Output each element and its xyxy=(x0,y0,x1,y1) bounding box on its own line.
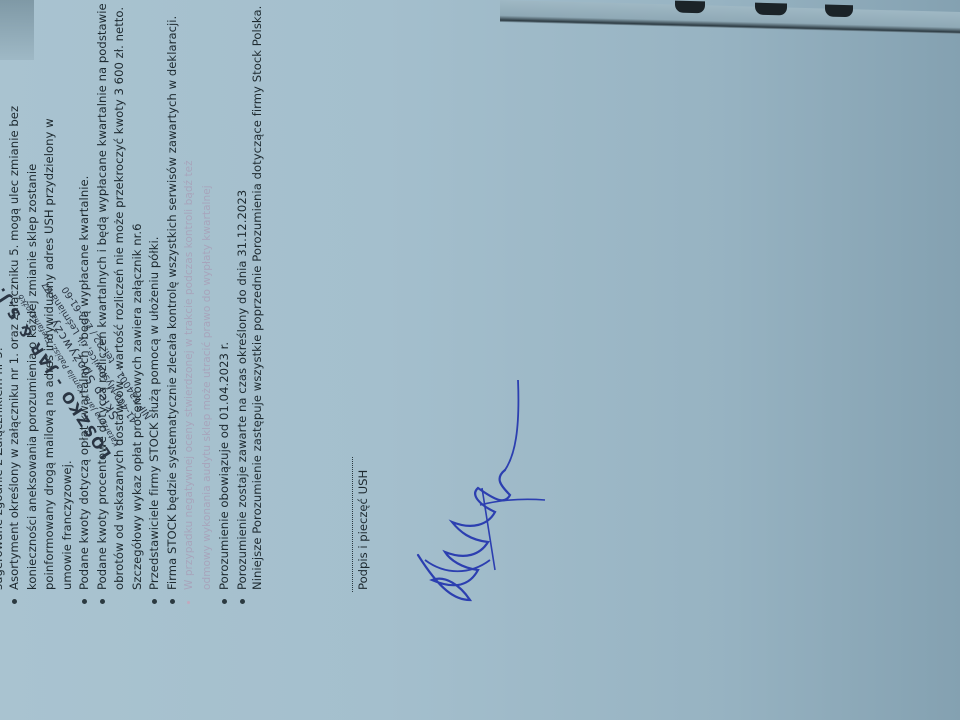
signature-label: Podpis i pieczęć USH xyxy=(356,470,370,590)
bullet-icon xyxy=(240,599,245,604)
list-item-line: umowie franczyzowej. xyxy=(60,460,74,590)
signature-line xyxy=(352,457,353,592)
closing-statement: Niniejsze Porozumienie zastępuje wszystk… xyxy=(250,6,264,590)
list-item-line: konieczności aneksowania porozumienia o … xyxy=(25,164,39,590)
list-item-line: Porozumienie zostaje zawarte na czas okr… xyxy=(235,190,249,590)
bullet-icon xyxy=(170,599,175,604)
bullet-icon xyxy=(152,599,157,604)
intro-line: sugerowane zgodnie z Załącznikiem nr 5. xyxy=(0,347,5,590)
document-page: sugerowane zgodnie z Załącznikiem nr 5. … xyxy=(0,0,960,720)
list-item-line: Firma STOCK będzie systematycznie zlecał… xyxy=(165,16,179,590)
list-item-line: Porozumienie obowiązuje od 01.04.2023 r. xyxy=(217,342,231,590)
bullet-icon xyxy=(222,599,227,604)
bullet-icon xyxy=(100,599,105,604)
list-item-line: Asortyment określony w załączniku nr 1. … xyxy=(7,106,21,590)
bullet-icon xyxy=(12,599,17,604)
bullet-icon xyxy=(187,601,190,604)
bullet-icon xyxy=(82,599,87,604)
